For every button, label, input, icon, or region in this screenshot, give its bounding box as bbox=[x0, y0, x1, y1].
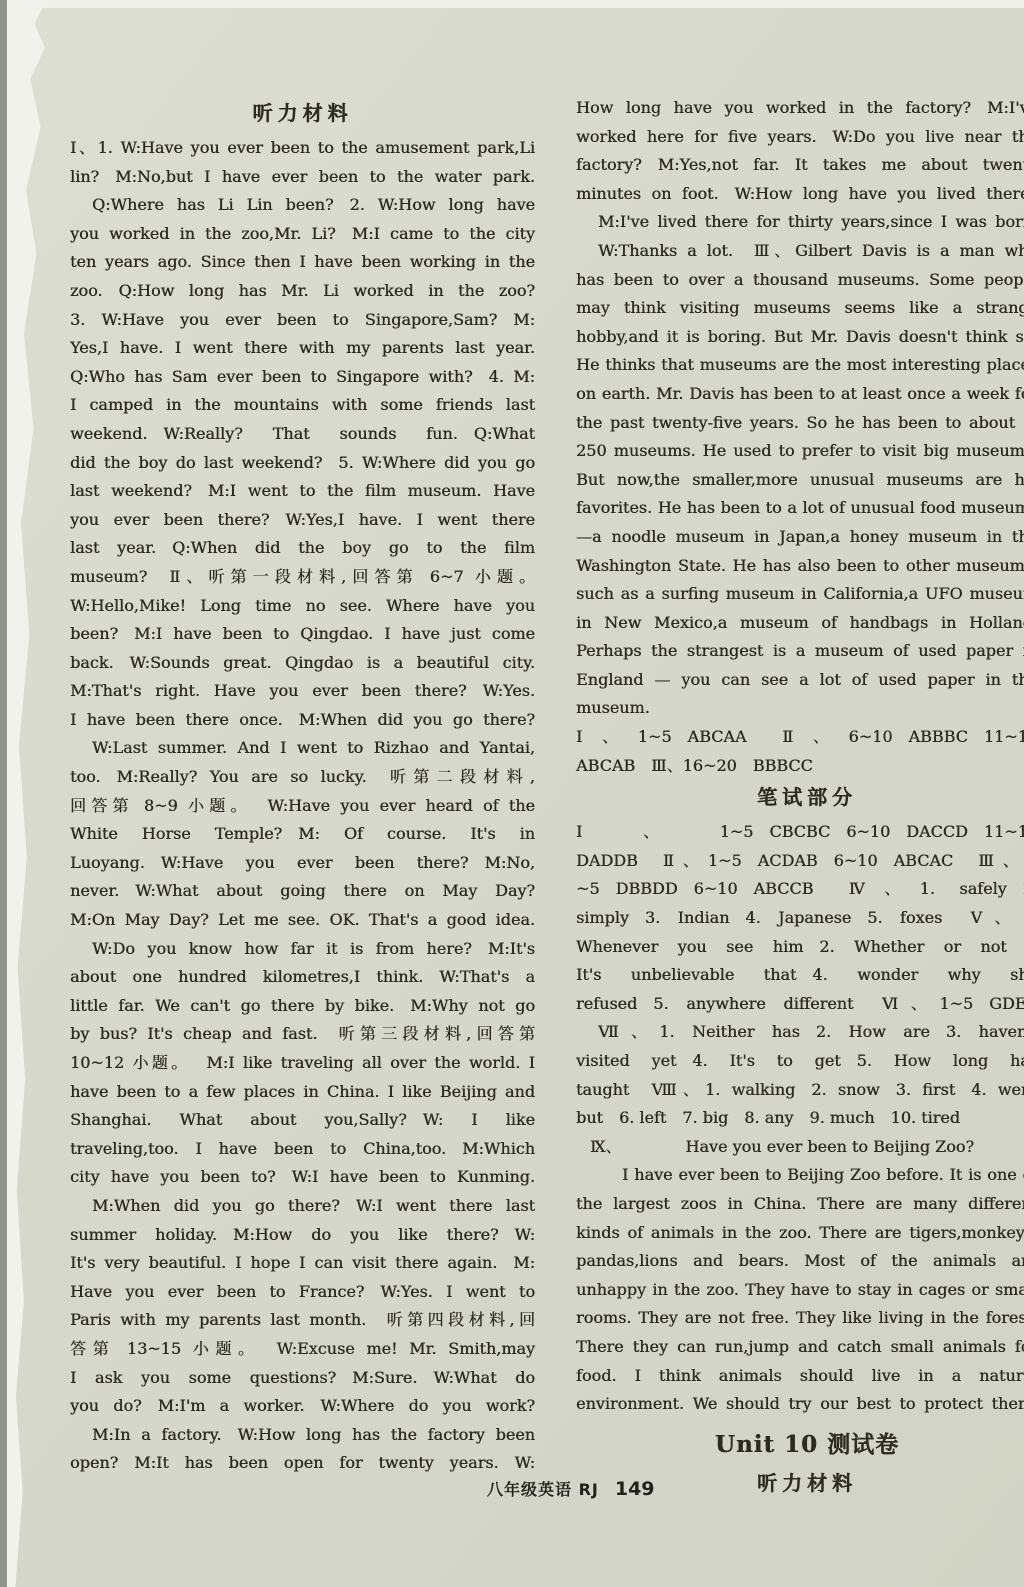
text-line: DADDB Ⅱ、1~5 ACDAB 6~10 ABCAC Ⅲ、1 bbox=[576, 847, 1024, 876]
text-line: food. I think animals should live in a n… bbox=[576, 1362, 1024, 1391]
scanner-strip bbox=[0, 0, 7, 1587]
text-line: How long have you worked in the factory?… bbox=[576, 94, 1024, 123]
text-line: last year. Q:When did the boy go to the … bbox=[70, 534, 535, 563]
text-line: never. W:What about going there on May D… bbox=[70, 877, 535, 906]
text-line: lin? M:No,but I have ever been to the wa… bbox=[70, 163, 535, 192]
text-line: I have ever been to Beijing Zoo before. … bbox=[576, 1161, 1024, 1190]
text-line: I camped in the mountains with some frie… bbox=[70, 391, 535, 420]
text-line: too. M:Really? You are so lucky. 听第二段材料, bbox=[70, 763, 535, 792]
text-line: little far. We can't go there by bike. M… bbox=[70, 992, 535, 1021]
text-line: Perhaps the strangest is a museum of use… bbox=[576, 637, 1024, 666]
text-line: you worked in the zoo,Mr. Li? M:I came t… bbox=[70, 220, 535, 249]
text-line: ~5 DBBDD 6~10 ABCCB Ⅳ、1. safely 2. bbox=[576, 875, 1024, 904]
text-line: Ⅰ、1~5 CBCBC 6~10 DACCD 11~15 bbox=[576, 818, 1024, 847]
text-line: There they can run,jump and catch small … bbox=[576, 1333, 1024, 1362]
text-line: you ever been there? W:Yes,I have. I wen… bbox=[70, 506, 535, 535]
text-line: hobby,and it is boring. But Mr. Davis do… bbox=[576, 323, 1024, 352]
right-column: How long have you worked in the factory?… bbox=[576, 94, 1024, 1504]
text-line: M:On May Day? Let me see. OK. That's a g… bbox=[70, 906, 535, 935]
text-line: I ask you some questions? M:Sure. W:What… bbox=[70, 1364, 535, 1393]
text-line: —a noodle museum in Japan,a honey museum… bbox=[576, 523, 1024, 552]
text-line: by bus? It's cheap and fast. 听第三段材料,回答第 bbox=[70, 1020, 535, 1049]
text-line: Washington State. He has also been to ot… bbox=[576, 552, 1024, 581]
text-line: worked here for five years. W:Do you liv… bbox=[576, 123, 1024, 152]
text-line: about one hundred kilometres,I think. W:… bbox=[70, 963, 535, 992]
text-line: M:That's right. Have you ever been there… bbox=[70, 677, 535, 706]
text-line: may think visiting museums seems like a … bbox=[576, 294, 1024, 323]
text-line: favorites. He has been to a lot of unusu… bbox=[576, 494, 1024, 523]
section-heading: 笔试部分 bbox=[576, 780, 1024, 814]
text-line: last weekend? M:I went to the film museu… bbox=[70, 477, 535, 506]
text-line: weekend. W:Really? That sounds fun. Q:Wh… bbox=[70, 420, 535, 449]
text-line: back. W:Sounds great. Qingdao is a beaut… bbox=[70, 649, 535, 678]
text-line: traveling,too. I have been to China,too.… bbox=[70, 1135, 535, 1164]
unit-heading: Unit 10 测试卷 bbox=[576, 1424, 1024, 1466]
text-line: on earth. Mr. Davis has been to at least… bbox=[576, 380, 1024, 409]
text-line: in New Mexico,a museum of handbags in Ho… bbox=[576, 609, 1024, 638]
text-line: city have you been to? W:I have been to … bbox=[70, 1163, 535, 1192]
essay-title: Have you ever been to Beijing Zoo? bbox=[621, 1133, 1024, 1162]
text-line: have been to a few places in China. I li… bbox=[70, 1078, 535, 1107]
text-line: but 6. left 7. big 8. any 9. much 10. ti… bbox=[576, 1104, 1024, 1133]
text-line: Yes,I have. I went there with my parents… bbox=[70, 334, 535, 363]
essay-title-line: Ⅸ、Have you ever been to Beijing Zoo? bbox=[576, 1133, 1024, 1162]
text-line: Shanghai. What about you,Sally? W: I lik… bbox=[70, 1106, 535, 1135]
text-line: But now,the smaller,more unusual museums… bbox=[576, 466, 1024, 495]
text-line: Have you ever been to France? W:Yes. I w… bbox=[70, 1278, 535, 1307]
text-line: W:Hello,Mike! Long time no see. Where ha… bbox=[70, 592, 535, 621]
text-line: the past twenty-five years. So he has be… bbox=[576, 409, 1024, 438]
text-line: summer holiday. M:How do you like there?… bbox=[70, 1221, 535, 1250]
left-column: 听力材料Ⅰ、1. W:Have you ever been to the amu… bbox=[70, 96, 535, 1478]
text-line: simply 3. Indian 4. Japanese 5. foxes Ⅴ、… bbox=[576, 904, 1024, 933]
text-line: did the boy do last weekend? 5. W:Where … bbox=[70, 449, 535, 478]
text-line: factory? M:Yes,not far. It takes me abou… bbox=[576, 151, 1024, 180]
text-line: kinds of animals in the zoo. There are t… bbox=[576, 1219, 1024, 1248]
text-line: M:In a factory. W:How long has the facto… bbox=[70, 1421, 535, 1450]
text-line: museum. bbox=[576, 694, 1024, 723]
text-line: Q:Where has Li Lin been? 2. W:How long h… bbox=[70, 191, 535, 220]
text-line: Q:Who has Sam ever been to Singapore wit… bbox=[70, 363, 535, 392]
text-line: Ⅰ、1. W:Have you ever been to the amuseme… bbox=[70, 134, 535, 163]
text-line: Whenever you see him 2. Whether or not 3… bbox=[576, 933, 1024, 962]
text-line: 答第 13~15 小题。 W:Excuse me! Mr. Smith,may bbox=[70, 1335, 535, 1364]
text-line: you do? M:I'm a worker. W:Where do you w… bbox=[70, 1392, 535, 1421]
text-line: been? M:I have been to Qingdao. I have j… bbox=[70, 620, 535, 649]
text-line: such as a surfing museum in California,a… bbox=[576, 580, 1024, 609]
text-line: environment. We should try our best to p… bbox=[576, 1390, 1024, 1419]
text-line: It's very beautiful. I hope I can visit … bbox=[70, 1249, 535, 1278]
text-line: 10~12 小题。 M:I like traveling all over th… bbox=[70, 1049, 535, 1078]
text-line: minutes on foot. W:How long have you liv… bbox=[576, 180, 1024, 209]
text-line: rooms. They are not free. They like livi… bbox=[576, 1304, 1024, 1333]
text-line: W:Last summer. And I went to Rizhao and … bbox=[70, 734, 535, 763]
text-line: White Horse Temple? M: Of course. It's i… bbox=[70, 820, 535, 849]
text-line: has been to over a thousand museums. Som… bbox=[576, 266, 1024, 295]
roman-numeral: Ⅸ、 bbox=[576, 1133, 621, 1162]
page-footer: 八年级英语 RJ 149 bbox=[487, 1477, 655, 1500]
text-line: ten years ago. Since then I have been wo… bbox=[70, 248, 535, 277]
text-line: 回答第 8~9 小题。 W:Have you ever heard of the bbox=[70, 792, 535, 821]
text-line: open? M:It has been open for twenty year… bbox=[70, 1449, 535, 1478]
text-line: zoo. Q:How long has Mr. Li worked in the… bbox=[70, 277, 535, 306]
text-line: He thinks that museums are the most inte… bbox=[576, 351, 1024, 380]
book-label: 八年级英语 RJ bbox=[487, 1477, 599, 1500]
text-line: museum? Ⅱ、听第一段材料,回答第 6~7 小题。 bbox=[70, 563, 535, 592]
text-line: visited yet 4. It's to get 5. How long h… bbox=[576, 1047, 1024, 1076]
text-line: unhappy in the zoo. They have to stay in… bbox=[576, 1276, 1024, 1305]
text-line: 3. W:Have you ever been to Singapore,Sam… bbox=[70, 306, 535, 335]
text-line: England — you can see a lot of used pape… bbox=[576, 666, 1024, 695]
page-number: 149 bbox=[615, 1478, 655, 1500]
text-line: W:Thanks a lot. Ⅲ、Gilbert Davis is a man… bbox=[576, 237, 1024, 266]
text-line: M:I've lived there for thirty years,sinc… bbox=[576, 208, 1024, 237]
text-line: Paris with my parents last month. 听第四段材料… bbox=[70, 1306, 535, 1335]
scan-top-edge bbox=[0, 0, 1024, 8]
text-line: It's unbelievable that 4. wonder why she bbox=[576, 961, 1024, 990]
text-line: M:When did you go there? W:I went there … bbox=[70, 1192, 535, 1221]
text-line: the largest zoos in China. There are man… bbox=[576, 1190, 1024, 1219]
text-line: 250 museums. He used to prefer to visit … bbox=[576, 437, 1024, 466]
text-line: pandas,lions and bears. Most of the anim… bbox=[576, 1247, 1024, 1276]
section-heading: 听力材料 bbox=[70, 96, 535, 130]
text-line: ABCAB Ⅲ、16~20 BBBCC bbox=[576, 752, 1024, 781]
text-line: Ⅶ、1. Neither has 2. How are 3. haven't bbox=[576, 1018, 1024, 1047]
text-line: Luoyang. W:Have you ever been there? M:N… bbox=[70, 849, 535, 878]
text-line: Ⅰ、1~5 ABCAA Ⅱ、6~10 ABBBC 11~15 bbox=[576, 723, 1024, 752]
text-line: taught Ⅷ、1. walking 2. snow 3. first 4. … bbox=[576, 1076, 1024, 1105]
text-line: I have been there once. M:When did you g… bbox=[70, 706, 535, 735]
text-line: W:Do you know how far it is from here? M… bbox=[70, 935, 535, 964]
text-line: refused 5. anywhere different Ⅵ、1~5 GDEA bbox=[576, 990, 1024, 1019]
